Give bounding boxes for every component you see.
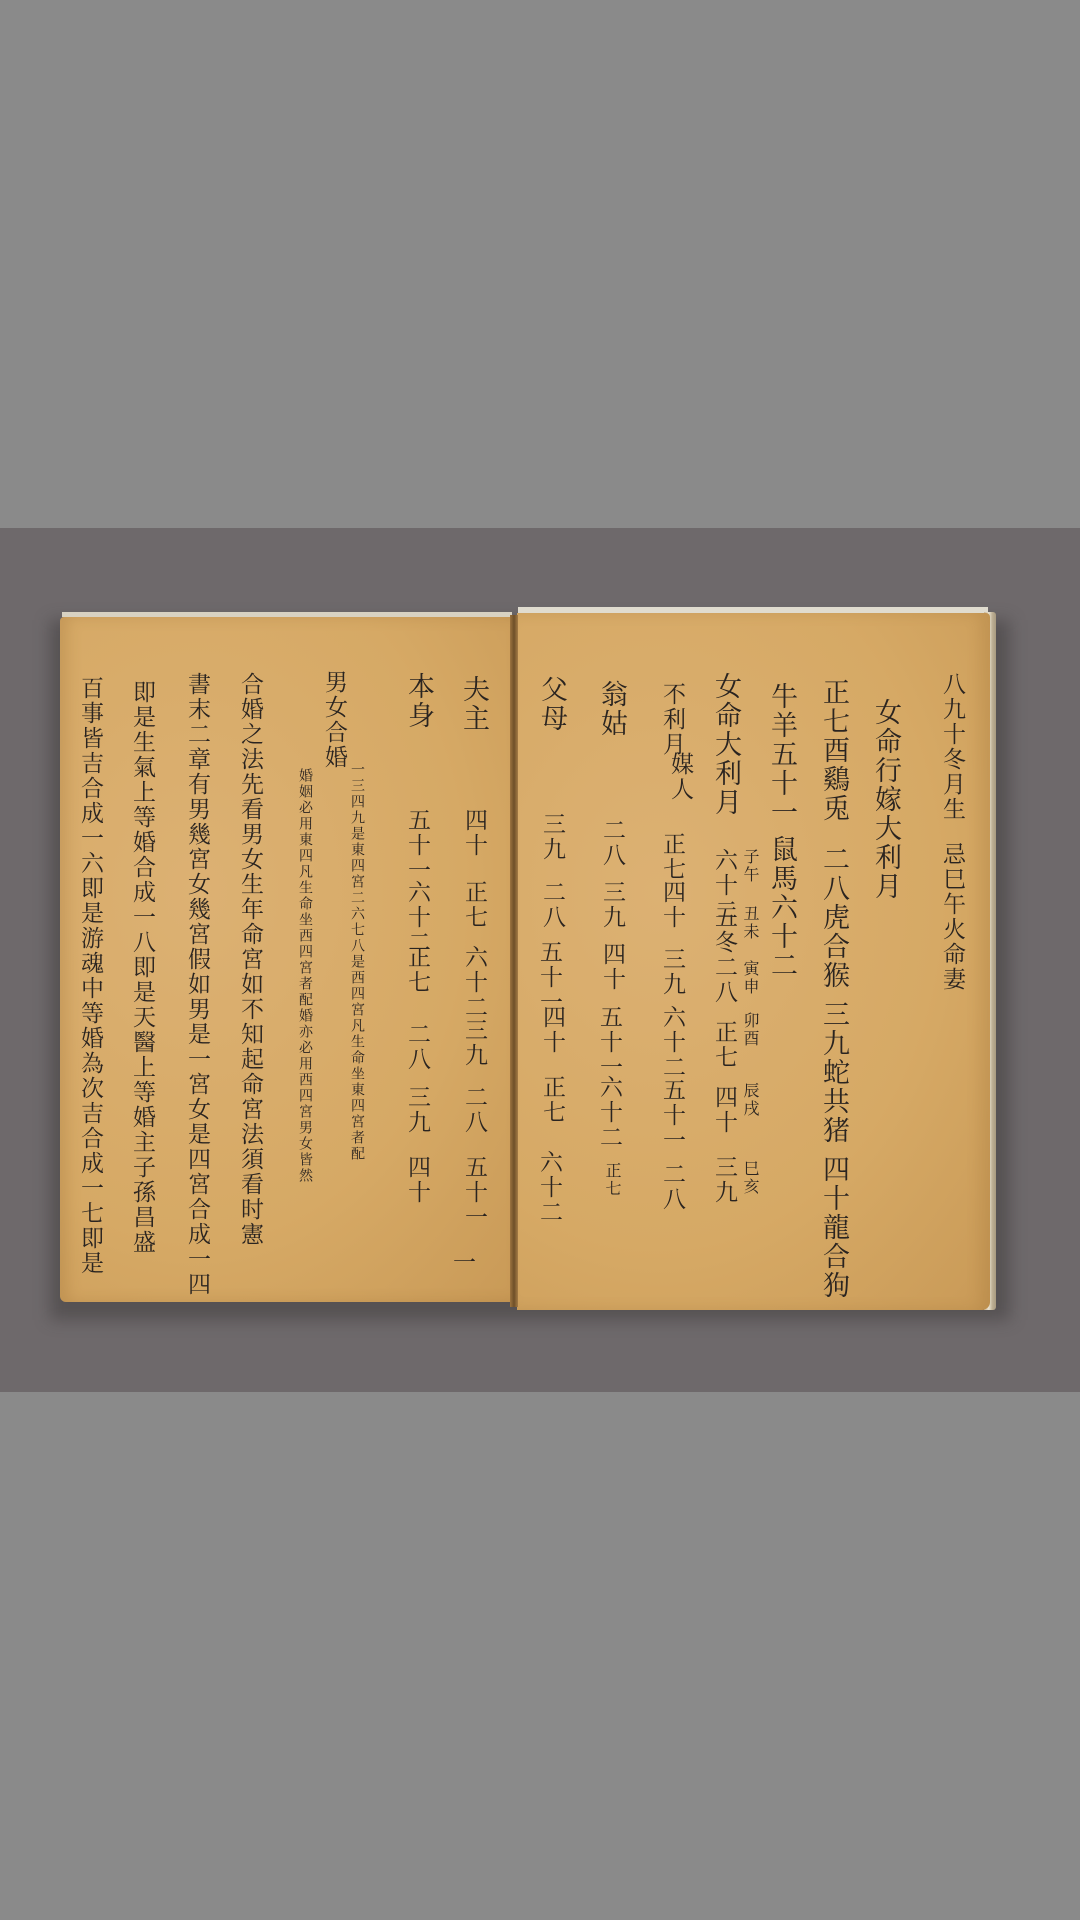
marriage-note-rule: 婚姻必用東四凡生命坐西四宮者配婚亦必用西四宮男女皆然 bbox=[298, 768, 312, 1184]
branch-note-2: 丑未 bbox=[742, 905, 758, 941]
label-unlucky-month: 不利月 bbox=[660, 682, 683, 757]
section-title: 女命行嫁大利月 bbox=[872, 698, 899, 901]
label-in-laws: 翁姑 bbox=[598, 680, 625, 738]
inlaw-value-3: 四十 bbox=[600, 942, 623, 992]
label-matchmaker: 媒人 bbox=[668, 752, 691, 802]
lucky-value-4: 正七 bbox=[712, 1020, 735, 1070]
self-value-2: 六十二 bbox=[405, 880, 428, 955]
branch-note-1: 子午 bbox=[742, 848, 758, 884]
label-great-lucky-month: 女命大利月 bbox=[712, 672, 739, 817]
inlaw-value-5: 六十二 bbox=[597, 1075, 620, 1150]
label-husband: 夫主 bbox=[460, 675, 487, 733]
branch-note-5: 辰戌 bbox=[742, 1082, 758, 1118]
branch-note-3: 寅申 bbox=[742, 960, 758, 996]
pair-snake-pig: 三九蛇共猪 bbox=[820, 1000, 847, 1145]
body-line-2: 書末二章有男幾宮女幾宮假如男是一宮女是四宮合成一四 bbox=[185, 672, 208, 1297]
body-line-4: 百事皆吉合成一六即是游魂中等婚為次吉合成一七即是 bbox=[78, 676, 101, 1276]
unlucky-value-5: 五十一 bbox=[660, 1078, 683, 1153]
parent-value-5: 正七 bbox=[540, 1075, 563, 1125]
branch-note-4: 卯酉 bbox=[742, 1012, 758, 1048]
lucky-value-2: 五冬 bbox=[712, 905, 735, 955]
parent-value-4: 四十 bbox=[540, 1005, 563, 1055]
label-parents: 父母 bbox=[538, 675, 565, 733]
marriage-note-east-west: 一三四九是東四宮二六七八是西四宮凡生命坐東四宮者配 bbox=[350, 762, 364, 1162]
husband-value-1: 四十 bbox=[462, 808, 485, 858]
self-value-3: 正七 bbox=[405, 945, 428, 995]
pair-rat-horse: 鼠馬六十二 bbox=[768, 835, 795, 980]
branch-note-6: 巳亥 bbox=[742, 1160, 758, 1196]
pair-tiger-monkey: 二八虎合猴 bbox=[820, 845, 847, 990]
parent-value-2: 二八 bbox=[540, 880, 563, 930]
self-value-1: 五十一 bbox=[405, 808, 428, 883]
unlucky-value-6: 二八 bbox=[660, 1162, 683, 1212]
marriage-title: 男女合婚 bbox=[322, 670, 345, 770]
husband-value-6: 五十一 bbox=[462, 1155, 485, 1230]
inlaw-value-2: 三九 bbox=[600, 880, 623, 930]
unlucky-value-3: 三九 bbox=[660, 947, 683, 997]
pair-dragon-dog: 四十龍合狗 bbox=[820, 1155, 847, 1300]
lucky-value-6: 三九 bbox=[712, 1155, 735, 1205]
header-avoid: 忌巳午火命妻 bbox=[940, 842, 963, 992]
label-self: 本身 bbox=[405, 672, 432, 730]
pair-ox-goat: 牛羊五十一 bbox=[768, 682, 795, 827]
self-tail-mark: 一 bbox=[450, 1250, 473, 1275]
husband-value-2: 正七 bbox=[462, 880, 485, 930]
lucky-value-5: 四十 bbox=[712, 1085, 735, 1135]
unlucky-value-4: 六十二 bbox=[660, 1005, 683, 1080]
husband-value-3: 六十二 bbox=[462, 945, 485, 1020]
bottom-letterbox bbox=[0, 1392, 1080, 1920]
self-value-6: 四十 bbox=[405, 1155, 428, 1205]
header-date: 八九十冬月生 bbox=[940, 672, 963, 822]
husband-value-5: 二八 bbox=[462, 1085, 485, 1135]
self-value-4: 二八 bbox=[405, 1022, 428, 1072]
book-spine bbox=[510, 615, 518, 1307]
inlaw-value-4: 五十一 bbox=[597, 1005, 620, 1080]
unlucky-value-2: 四十 bbox=[660, 880, 683, 930]
husband-value-4: 三九 bbox=[462, 1018, 485, 1068]
top-letterbox bbox=[0, 0, 1080, 528]
left-page bbox=[60, 617, 512, 1302]
parent-value-1: 三九 bbox=[540, 812, 563, 862]
pair-rooster-rabbit: 正七酉鷄兎 bbox=[820, 678, 847, 823]
inlaw-value-1: 二八 bbox=[600, 818, 623, 868]
self-value-5: 三九 bbox=[405, 1085, 428, 1135]
body-line-3: 即是生氣上等婚合成一八即是天醫上等婚主子孫昌盛 bbox=[130, 680, 153, 1255]
lucky-value-3: 二八 bbox=[712, 955, 735, 1005]
parent-value-3: 五十一 bbox=[537, 940, 560, 1015]
inlaw-value-6: 正七 bbox=[604, 1162, 620, 1198]
unlucky-value-1: 正七 bbox=[660, 832, 683, 882]
parent-value-6: 六十二 bbox=[537, 1150, 560, 1225]
body-line-1: 合婚之法先看男女生年命宮如不知起命宮法須看时憲 bbox=[238, 672, 261, 1247]
